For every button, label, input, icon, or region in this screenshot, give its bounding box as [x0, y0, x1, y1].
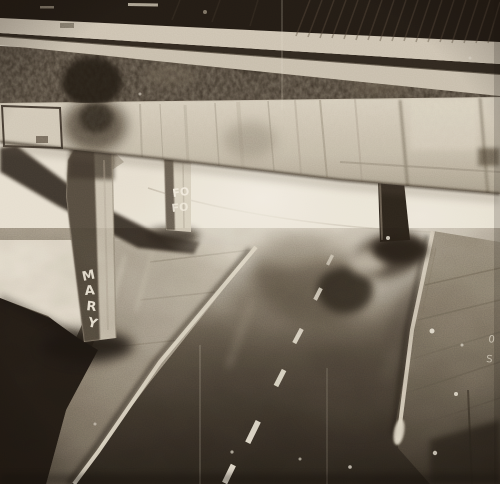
underpass-photo: FO FO M A R Y: [0, 0, 500, 484]
vignette: [0, 0, 500, 484]
underpass-photo-canvas: FO FO M A R Y: [0, 0, 500, 484]
bottom-edge-shade: [0, 474, 500, 484]
right-edge-shade: [494, 0, 500, 484]
